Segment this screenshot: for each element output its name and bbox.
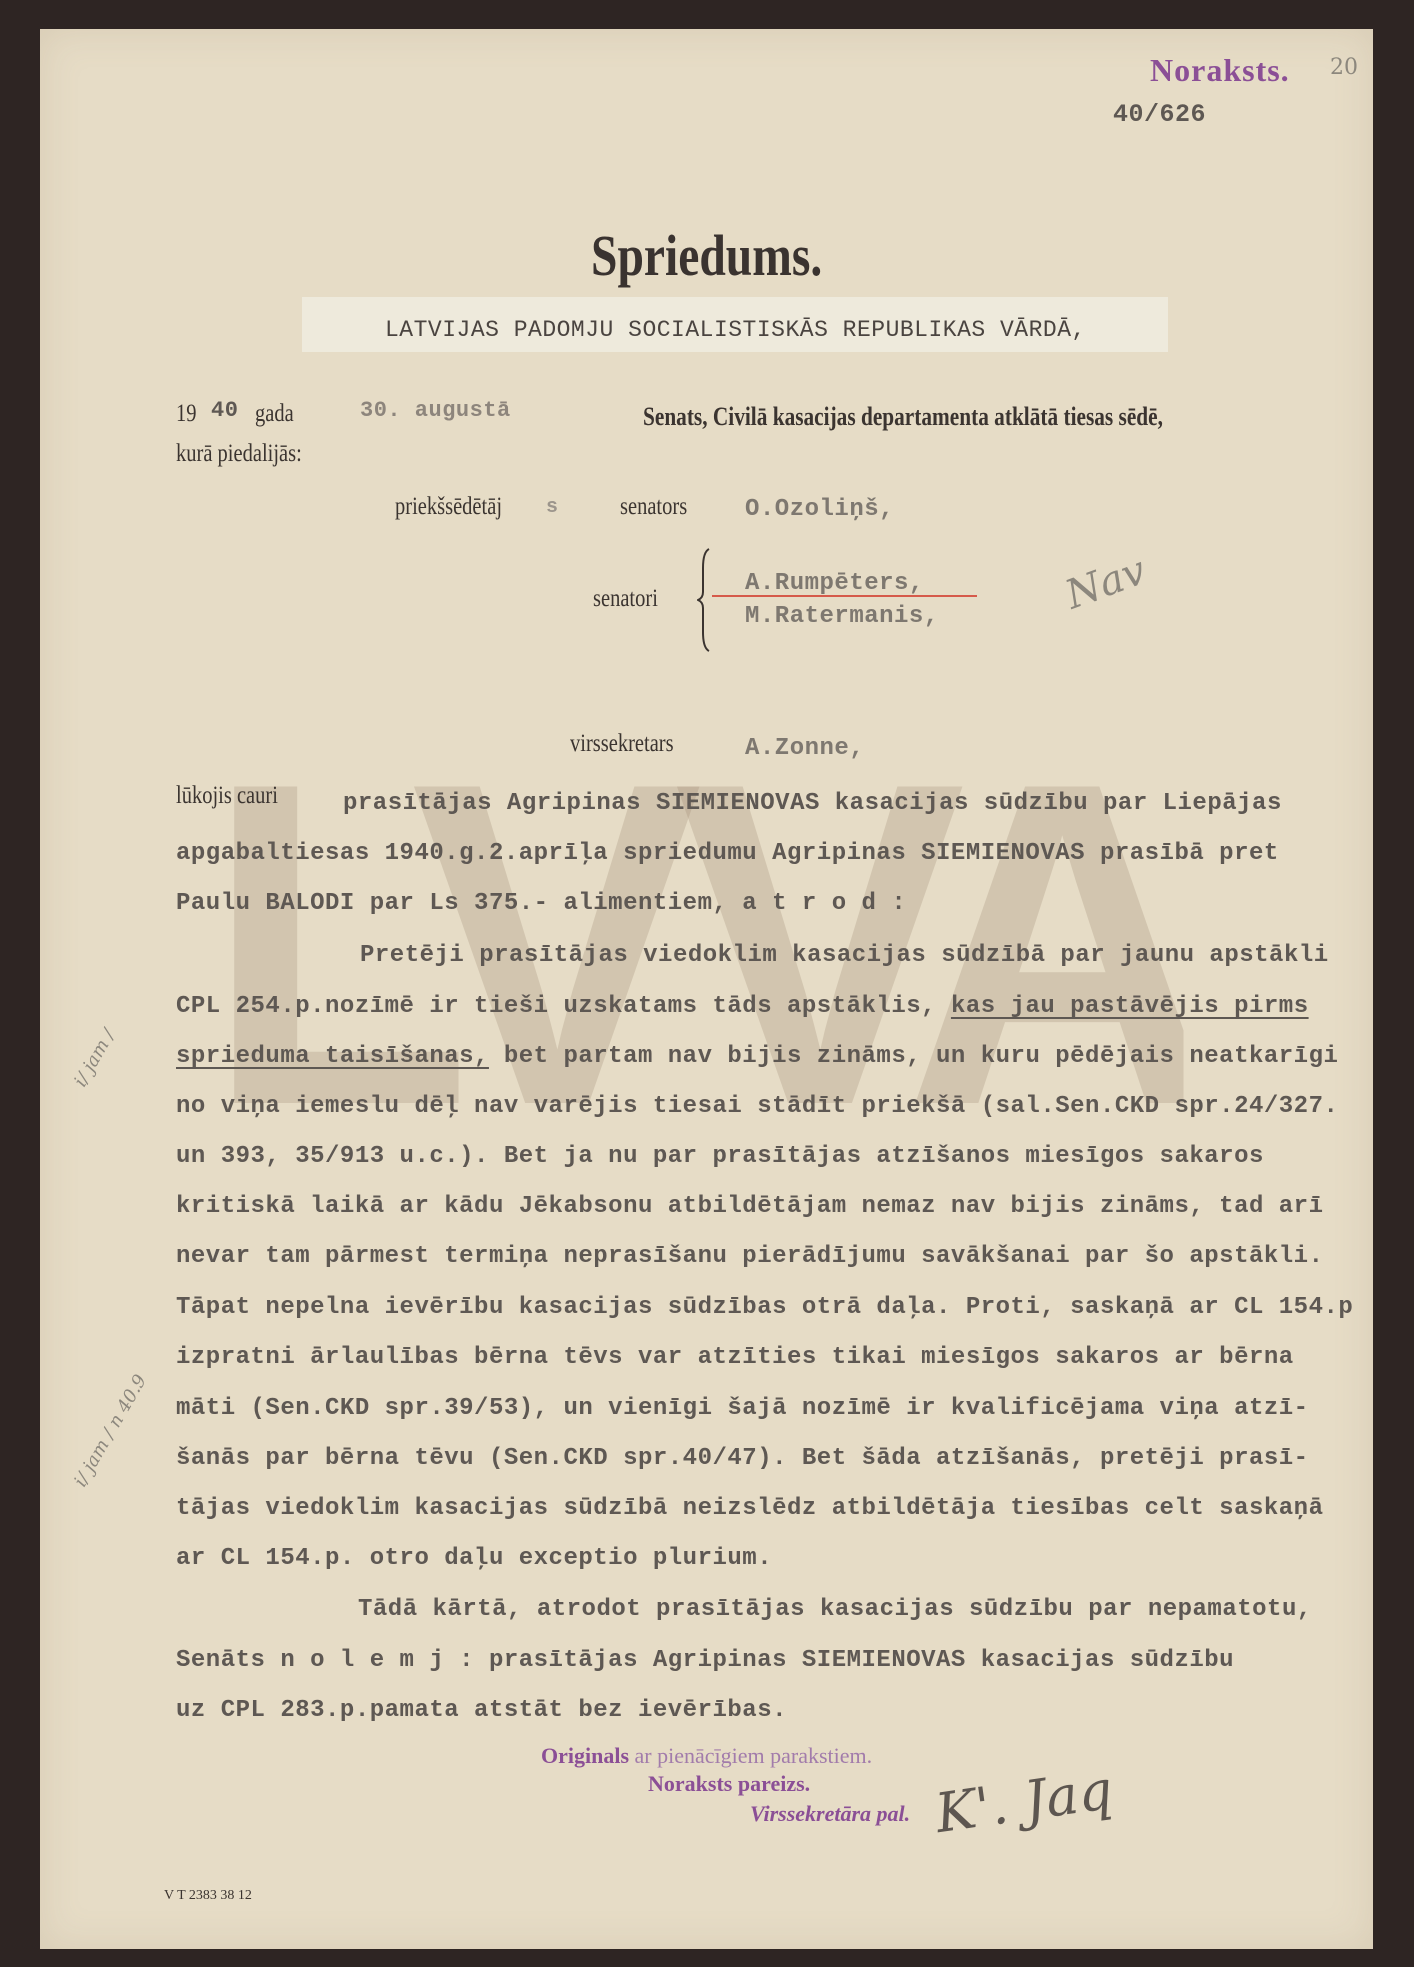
chair-label-suffix: s bbox=[546, 496, 559, 519]
attended-label: kurā piedalijās: bbox=[176, 440, 302, 468]
body-line: prasītājas Agripinas SIEMIENOVAS kasacij… bbox=[343, 790, 1282, 817]
date-day-month: 30. augustā bbox=[360, 398, 511, 423]
body-line: kritiskā laikā ar kādu Jēkabsonu atbildē… bbox=[176, 1193, 1323, 1220]
body-line: CPL 254.p.nozīmē ir tieši uzskatams tāds… bbox=[176, 993, 1309, 1020]
pencil-page-number: 20 bbox=[1330, 55, 1358, 80]
secretary-label: virssekretars bbox=[570, 730, 674, 758]
body-line: Senāts n o l e m j : prasītājas Agripina… bbox=[176, 1647, 1234, 1674]
secretary-name: A.Zonne, bbox=[745, 735, 864, 762]
republic-banner: LATVIJAS PADOMJU SOCIALISTISKĀS REPUBLIK… bbox=[385, 317, 1086, 343]
date-year: 40 bbox=[211, 398, 238, 423]
body-line: Tādā kārtā, atrodot prasītājas kasacijas… bbox=[358, 1596, 1312, 1623]
chair-name: O.Ozoliņš, bbox=[745, 496, 894, 523]
body-line: Tāpat nepelna ievērību kasacijas sūdzība… bbox=[176, 1294, 1353, 1321]
case-number: 40/626 bbox=[1113, 100, 1206, 129]
body-line: Paulu BALODI par Ls 375.- alimentiem, a … bbox=[176, 890, 906, 917]
chair-role: senators bbox=[620, 493, 687, 521]
body-line: māti (Sen.CKD spr.39/53), un vienīgi šaj… bbox=[176, 1395, 1309, 1422]
body-line-text: CPL 254.p.nozīmē ir tieši uzskatams tāds… bbox=[176, 993, 936, 1020]
date-gada-label: gada bbox=[255, 400, 294, 428]
reviewed-label: lūkojis cauri bbox=[176, 782, 278, 810]
body-line: un 393, 35/913 u.c.). Bet ja nu par pras… bbox=[176, 1143, 1264, 1170]
body-line: no viņa iemeslu dēļ nav varējis tiesai s… bbox=[176, 1093, 1338, 1120]
body-line: tājas viedoklim kasacijas sūdzībā neizsl… bbox=[176, 1495, 1323, 1522]
certification-line-3: Virssekretāra pal. bbox=[750, 1801, 910, 1827]
body-line: izpratni ārlaulības bērna tēvs var atzīt… bbox=[176, 1344, 1294, 1371]
body-line: ar CL 154.p. otro daļu exceptio plurium. bbox=[176, 1545, 772, 1572]
chair-label: priekšsēdētāj bbox=[395, 493, 502, 521]
certification-rest: ar pienācīgiem parakstiem. bbox=[629, 1743, 872, 1768]
body-line: uz CPL 283.p.pamata atstāt bez ievērības… bbox=[176, 1697, 787, 1724]
date-century: 19 bbox=[176, 400, 197, 428]
senators-label: senatori bbox=[593, 585, 658, 613]
body-line-text: bet partam nav bijis zināms, un kuru pēd… bbox=[489, 1043, 1338, 1070]
body-line: sprieduma taisīšanas, bet partam nav bij… bbox=[176, 1043, 1338, 1070]
body-line: nevar tam pārmest termiņa neprasīšanu pi… bbox=[176, 1243, 1323, 1270]
page-title: Spriedums. bbox=[591, 222, 822, 289]
copy-stamp: Noraksts. bbox=[1150, 52, 1290, 89]
certification-bold: Originals bbox=[541, 1743, 629, 1768]
brace-icon bbox=[697, 548, 711, 652]
underlined-phrase: sprieduma taisīšanas, bbox=[176, 1043, 489, 1070]
footer-code: V T 2383 38 12 bbox=[164, 1888, 252, 1904]
body-line: apgabaltiesas 1940.g.2.aprīļa spriedumu … bbox=[176, 840, 1279, 867]
underlined-phrase: kas jau pastāvējis pirms bbox=[951, 993, 1309, 1020]
certification-line-1: Originals ar pienācīgiem parakstiem. bbox=[541, 1743, 872, 1769]
court-heading: Senats, Civilā kasacijas departamenta at… bbox=[643, 402, 1163, 432]
body-line: šanās par bērna tēvu (Sen.CKD spr.40/47)… bbox=[176, 1445, 1309, 1472]
senator-name: M.Ratermanis, bbox=[745, 603, 939, 630]
senator-name: A.Rumpēters, bbox=[745, 570, 924, 597]
certification-line-2: Noraksts pareizs. bbox=[648, 1771, 810, 1797]
body-line: Pretēji prasītājas viedoklim kasacijas s… bbox=[360, 942, 1329, 969]
